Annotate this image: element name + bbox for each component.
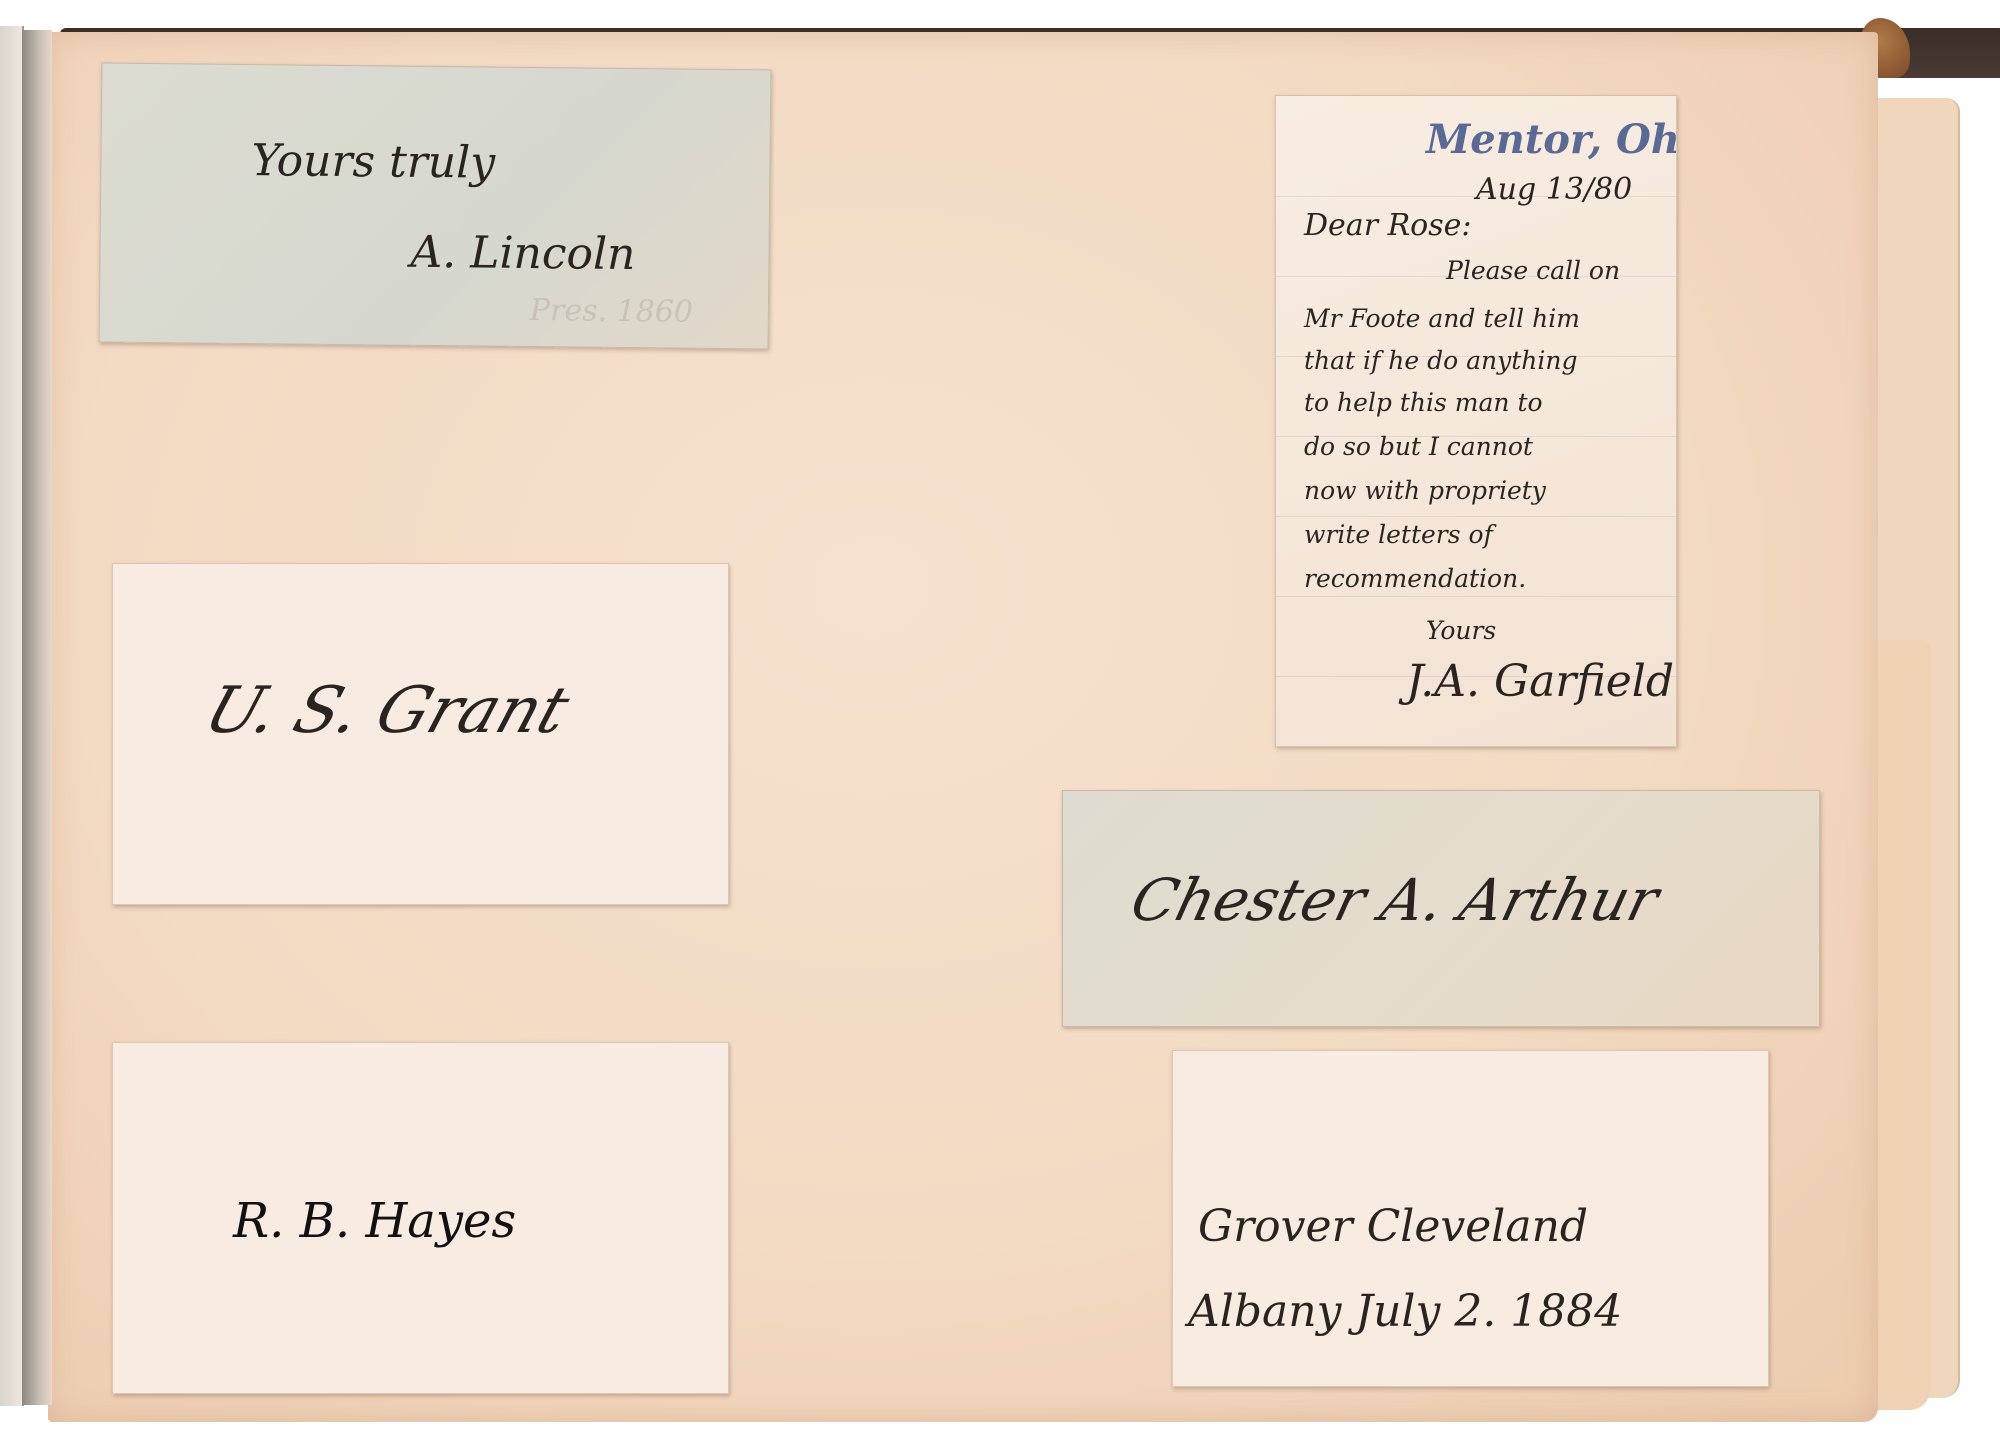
lincoln-closing: Yours truly <box>251 135 495 189</box>
hayes-signature: R. B. Hayes <box>233 1193 516 1249</box>
letter-body-line: now with propriety <box>1304 476 1546 505</box>
garfield-letter: Mentor, Ohio, Aug 13/80 Dear Rose: Pleas… <box>1275 95 1677 747</box>
hayes-signature-card: R. B. Hayes <box>112 1042 729 1394</box>
letterhead-place: Mentor, Ohio, <box>1426 116 1677 163</box>
lincoln-signature: A. Lincoln <box>410 227 635 280</box>
garfield-signature: J.A. Garfield <box>1406 656 1674 707</box>
letter-salutation: Dear Rose: <box>1304 208 1471 243</box>
letter-body-line: Mr Foote and tell him <box>1304 304 1580 333</box>
lincoln-signature-card: Yours truly A. Lincoln Pres. 1860 <box>99 62 772 349</box>
letter-body-line: write letters of <box>1304 520 1493 549</box>
cleveland-signature: Grover Cleveland <box>1198 1201 1588 1252</box>
cleveland-signature-card: Grover Cleveland Albany July 2. 1884 <box>1172 1050 1769 1387</box>
letter-body-line: to help this man to <box>1304 388 1543 417</box>
letter-closing: Yours <box>1426 616 1496 645</box>
letter-body-line: Please call on <box>1446 256 1620 285</box>
cleveland-place-date: Albany July 2. 1884 <box>1188 1286 1622 1337</box>
letter-date: Aug 13/80 <box>1476 172 1632 207</box>
arthur-signature: Chester A. Arthur <box>1125 866 1666 934</box>
album-gutter <box>22 30 52 1405</box>
grant-signature-card: U. S. Grant <box>112 563 729 905</box>
letter-body-line: recommendation. <box>1304 564 1526 593</box>
lincoln-pencil-note: Pres. 1860 <box>530 293 693 330</box>
album-spine <box>0 26 24 1406</box>
letter-body-line: do so but I cannot <box>1304 432 1533 461</box>
arthur-signature-card: Chester A. Arthur <box>1062 790 1820 1027</box>
grant-signature: U. S. Grant <box>196 674 578 748</box>
letter-body-line: that if he do anything <box>1304 346 1577 375</box>
